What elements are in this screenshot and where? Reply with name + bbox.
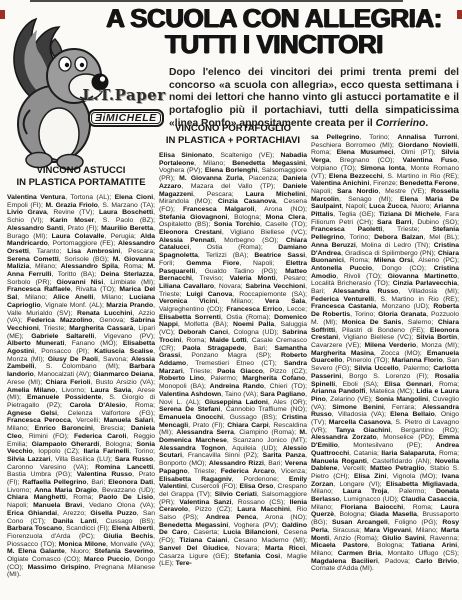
winner-name: Manuela Bravi [33,502,82,509]
winner-name: Marzia Prando [106,302,153,309]
winners-list-portafoglio-1: Elisa Sinionato, Scaltenigo (VE); Nabadi… [159,152,307,568]
winner-name: Alessandra Tognon [159,445,225,452]
winner-name: Marianna Florio [392,357,443,364]
winner-name: Alessandro Santi [7,225,63,232]
winner-name: Benedetta Megassini [159,522,228,529]
winner-name: Sara Pagliano [260,391,305,398]
winner-name: Laura Michelini [246,191,306,198]
winner-name: Francesca Paoletti [311,226,382,233]
winner-name: Andrea Penca [206,514,257,521]
winner-name: Sonia Mangolini [375,396,428,403]
winner-name: Elisabetta Sorrenti [159,314,221,321]
winners-list-astucci: Valentina Ventura, Tortona (AL); Elena C… [7,194,155,579]
winner-name: Eleonora Crestani [159,229,222,236]
winner-name: Elisa Sinionato [159,152,212,159]
winner-name: Elena Borlenghi [205,167,257,174]
winner-name: Sanvel Del Giudice [159,545,228,552]
winner-name: Cinzia Casanova [218,198,276,205]
winner-name: Deina Sterlazza [101,271,153,278]
winner-name: Carola D'Alesio [70,402,126,409]
intro-magazine-name: Corrierino [376,118,426,129]
winner-name: Elisa Zini [354,473,386,480]
column-astucci: VINCONO ASTUCCI IN PLASTICA PORTAMATITE … [7,165,155,579]
winner-name: Margherita Cassarà [69,325,133,332]
winner-name: Valentina Sanzi [179,499,231,506]
winner-name: Laura Colavalle [52,233,105,240]
winner-name: Sabrina Vecchioni [246,283,306,290]
winner-name: Francesca Errico [226,306,282,313]
section-heading-portafoglio: VINCONO PORTAFOGLIO IN PLASTICA + PORTAC… [159,123,307,146]
page-top-edge-line [30,0,403,2]
winner-name: Maide Lotti [210,337,247,344]
dog-pupil-right [80,63,84,67]
winner-name: Elena Alberti [112,525,153,532]
winner-name: Valentina Anichini [311,180,369,187]
winner-name: Giovanni Nisi [57,279,104,286]
lt-paper-logo: L.T.Paper [76,86,172,104]
winner-name: Elisa Orso [240,483,274,490]
winner-name: Giampaolo Gherardi [32,441,100,448]
winner-name: Elisabetta Ragagniv [159,476,232,483]
winner-name: Gemma Fiore [186,260,239,267]
winner-name: Erica Ghiandai [7,510,57,517]
heading-astucci-line2: IN PLASTICA PORTAMATITE [7,177,155,189]
winner-name: Raffaella Pellegrino [22,479,86,486]
winner-name: Laura Savia [90,387,131,394]
winner-name: Karin Moser [50,217,94,224]
winner-name: Amelia Milano [7,387,55,394]
winner-name: Gloria Granata [378,311,426,318]
winner-name: Alessia Pennati [159,237,215,244]
winner-name: Elena Bezzecchi [329,173,383,180]
winner-name: Andreina Rando [210,383,264,390]
heading-portafoglio-line1: VINCONO PORTAFOGLIO [159,123,307,135]
winner-name: Tiziana Di Michele [379,211,440,218]
winner-name: Federica Mazzolino [27,317,92,324]
winner-name: Giusy De Paoli [48,356,98,363]
winner-name: Marco Puccio [84,556,130,563]
winner-name: Katiuscia Scalise [94,348,153,355]
winner-name: Francesca Malgaroli [183,206,255,213]
winner-name: Francesca Castania [311,303,377,310]
winner-name: Paola Giacco [217,368,263,375]
winner-name: Serena De Stefani [159,406,220,413]
winner-name: Magdalena Bacilieri [311,558,378,565]
winner-name: Stefania Cosi [234,553,280,560]
winner-name: Carlo Brivio [415,558,457,565]
winner-name: Federica Caroli [74,433,126,440]
winner-name: Paola Stragapede [182,345,244,352]
dimichele-logo: ƎiMICHELE [88,109,164,127]
winner-name: Claudia Casaccia [401,496,457,503]
winner-name: Giulio Savini [382,535,425,542]
heading-astucci-line1: VINCONO ASTUCCI [7,165,155,177]
column-portafoglio-1: VINCONO PORTAFOGLIO IN PLASTICA + PORTAC… [159,123,307,568]
winner-name: Ilaria Farinelli [83,448,129,455]
winner-name: Emanuele Possidente [27,394,101,401]
winner-name: Cinzia Parlavecchia [393,280,457,287]
winner-name: Maurilio Beretta [101,225,153,232]
winner-name: M. Grazia Friolo [45,202,97,209]
winner-name: Margherita Masina [311,350,374,357]
winner-name: Stefania Severino [94,548,153,555]
winner-name: Valentina Ventura [7,194,65,201]
winner-name: Barbara Toscano [7,525,62,532]
winner-name: Alessandro Spila [61,263,118,270]
winner-name: Benedetta Megassini [232,160,305,167]
winner-name: Silvia Bortin [416,334,457,341]
winner-name: Simone Benini [332,404,384,411]
winner-name: Agnese Gelsi [7,410,57,417]
winner-name: Debora Balzan [374,234,423,241]
winner-name: Mara Vigevani [364,527,411,534]
winner-name: Liliana Cavallaro [159,283,214,290]
winner-name: Federica Arcaro [221,468,275,475]
winners-list-portafoglio-2: sa Pellegrino, Torino; Annalisa Turroni,… [311,134,459,573]
winner-name: Elisa Gennari [384,381,431,388]
page-title: A SCUOLA CON ALLEGRIA: TUTTI I VINCITORI [88,5,460,57]
winner-name: Marta Ricci [265,545,305,552]
intro-period: . [425,118,428,129]
winner-name: Silvio Ceriati [215,491,257,498]
winner-name: Alessandra Serra [176,429,233,436]
winner-name: Elisabetta Migliavada [386,481,457,488]
winner-name: Giuseppina Ladoni [205,399,268,406]
winner-name: Gianmarco Deiana [93,371,153,378]
winner-name: Tanya Giachini [336,427,391,434]
winner-name: Milena Verderio [364,342,416,349]
winner-name: Sonia Torchio [214,221,260,228]
winner-name: Silvia Uccello [354,365,399,372]
winner-name: Alice Anelli [53,294,94,301]
winner-name: Laura Macchini [237,506,290,513]
winner-name: Emanuela Gnocchi [159,414,223,421]
winner-name: Carmen Bria [338,550,381,557]
dog-nose-highlight [100,76,105,81]
winner-name: Luca Zucca [369,203,407,210]
winner-name: Vera Sala [265,298,305,305]
section-heading-astucci: VINCONO ASTUCCI IN PLASTICA PORTAMATITE [7,165,155,188]
winner-name: Deborah Canci [178,329,228,336]
winner-name: Giada Masella [370,511,417,518]
winner-name: Giulia Bechis [103,533,153,540]
winner-name: Beatrice Sassi [254,252,305,259]
winner-name: Floriana Baiocchi [341,504,403,511]
winner-name: Micaela Pastore [311,542,368,549]
winner-name: Sara Russo [115,456,153,463]
winner-name: Silvia Lazzari [7,456,51,463]
winner-name: M. Elena Galante [7,548,65,555]
dog-eye-left [59,57,71,71]
winner-name: sa Pellegrino [311,134,359,141]
winner-name: Danila Lanti [53,518,97,525]
winner-name: Ilaria Salaparuta [381,450,434,457]
winner-name: Margherita Cofano [242,375,305,382]
winner-name: Annalisa Turroni [398,134,458,141]
dog-pupil-left [65,63,69,67]
winner-name: Arianna Pandolfi [311,388,365,395]
winner-name: Gabriele Saltarelli [31,333,94,340]
winner-name: Massimo Grispino [28,564,89,571]
winner-name: Noemi Palla [233,321,274,328]
winner-name: Tiziana Caiani [179,537,227,544]
winner-name: Sara Barri [377,219,412,226]
winner-name: Valentina Russo [77,471,132,478]
dog-belly [39,108,79,160]
winner-name: Federica Venturelli [311,296,374,303]
page-title-line2: TUTTI I VINCITORI [88,31,460,57]
winner-name: Anna Maria Dragio [34,487,97,494]
winner-name: Alessandra Zorzato [311,434,377,441]
winner-name: Antonella Puccio [311,265,372,272]
winner-name: Chiara Ferioli [46,379,91,386]
winner-name: Francesca Perocca [7,417,71,424]
winner-name: Matteo Petraglio [370,465,424,472]
winner-name: Manuela Roganti [311,458,367,465]
winner-name: Milena Orsi [374,257,413,264]
winner-name: Chiara Manghetti [7,494,66,501]
winner-name: Valeria Monti [230,275,276,282]
winner-name: Lucia Bilancioni [223,529,277,536]
winner-name: Alessandro Rizzi [209,460,264,467]
winner-name: Laura Boschetti [99,209,153,216]
winner-name: Giovanna Martinetto [388,273,458,280]
winner-name: Stefania Giovagnoni [159,214,228,221]
winner-name: Eleonora Dati [108,479,153,486]
winner-name: Mona Clera [266,214,305,221]
winner-name: Enrico Baroncini [35,425,93,432]
winner-name: Susan Arcangeli [332,519,388,526]
winner-name: Valentina Ashdown [159,391,221,398]
winner-name: Manuela Salari [104,417,153,424]
intro-paragraph: Dopo l'elenco dei vincitori dei primi tr… [169,67,459,131]
winner-name: Giordano Novielli [398,142,457,149]
heading-portafoglio-line2: IN PLASTICA + PORTACHIAVI [159,135,307,147]
winner-name: M. Giovanna Zurla [179,175,243,182]
winner-name: Luigi Canova [186,291,232,298]
winner-name: Romina Lancetti [95,464,153,471]
winner-name: Gisella Puzzo [90,510,136,517]
winner-name: Anna Beruzzi [311,242,356,249]
winner-name: Paolo De Lisio [99,494,153,501]
winner-name: Livio Grava [7,209,47,216]
magazine-page: A SCUOLA CON ALLEGRIA: TUTTI I VINCITORI… [0,0,462,600]
winner-name: Renata Lucchini [77,310,132,317]
winner-name: Tatiana Arini [411,542,457,549]
winner-name: Alessandra Russo [333,288,398,295]
winner-name: Monica Milone [59,541,106,548]
winner-name: Chiara Carpi [227,422,268,429]
winner-name: Francesca Raffaele [7,286,71,293]
winner-name: Simona Ionta [360,165,405,172]
winner-name: Alberto Munerati [7,340,64,347]
winner-name: Serena Cometti [7,256,59,263]
winner-name: Marcella Casanova [329,419,391,426]
winner-name: Valentina Fuso [403,157,457,164]
winner-name: Elena Musumeci [337,149,394,156]
winner-name: Elena Cioni [115,194,154,201]
winner-name: Monica De Sanis [342,319,402,326]
winner-name: Veronica Vicini [159,298,217,305]
winner-name: Benedetta Ferone [400,180,457,187]
column-portafoglio-2: sa Pellegrino, Torino; Annalisa Turroni,… [311,134,459,573]
winner-name: Sara Nordio [337,188,378,195]
winner-name: Laura Troja [343,488,388,495]
winner-name: Lisa Ambrosini [67,248,120,255]
winner-name: Elena Bellaio [390,411,435,418]
page-title-line1: A SCUOLA CON ALLEGRIA: [88,5,460,31]
winner-name: Roberto Lino [159,375,204,382]
winner-name: Tere- [176,560,192,567]
winner-name: Sarita Panza [263,452,305,459]
